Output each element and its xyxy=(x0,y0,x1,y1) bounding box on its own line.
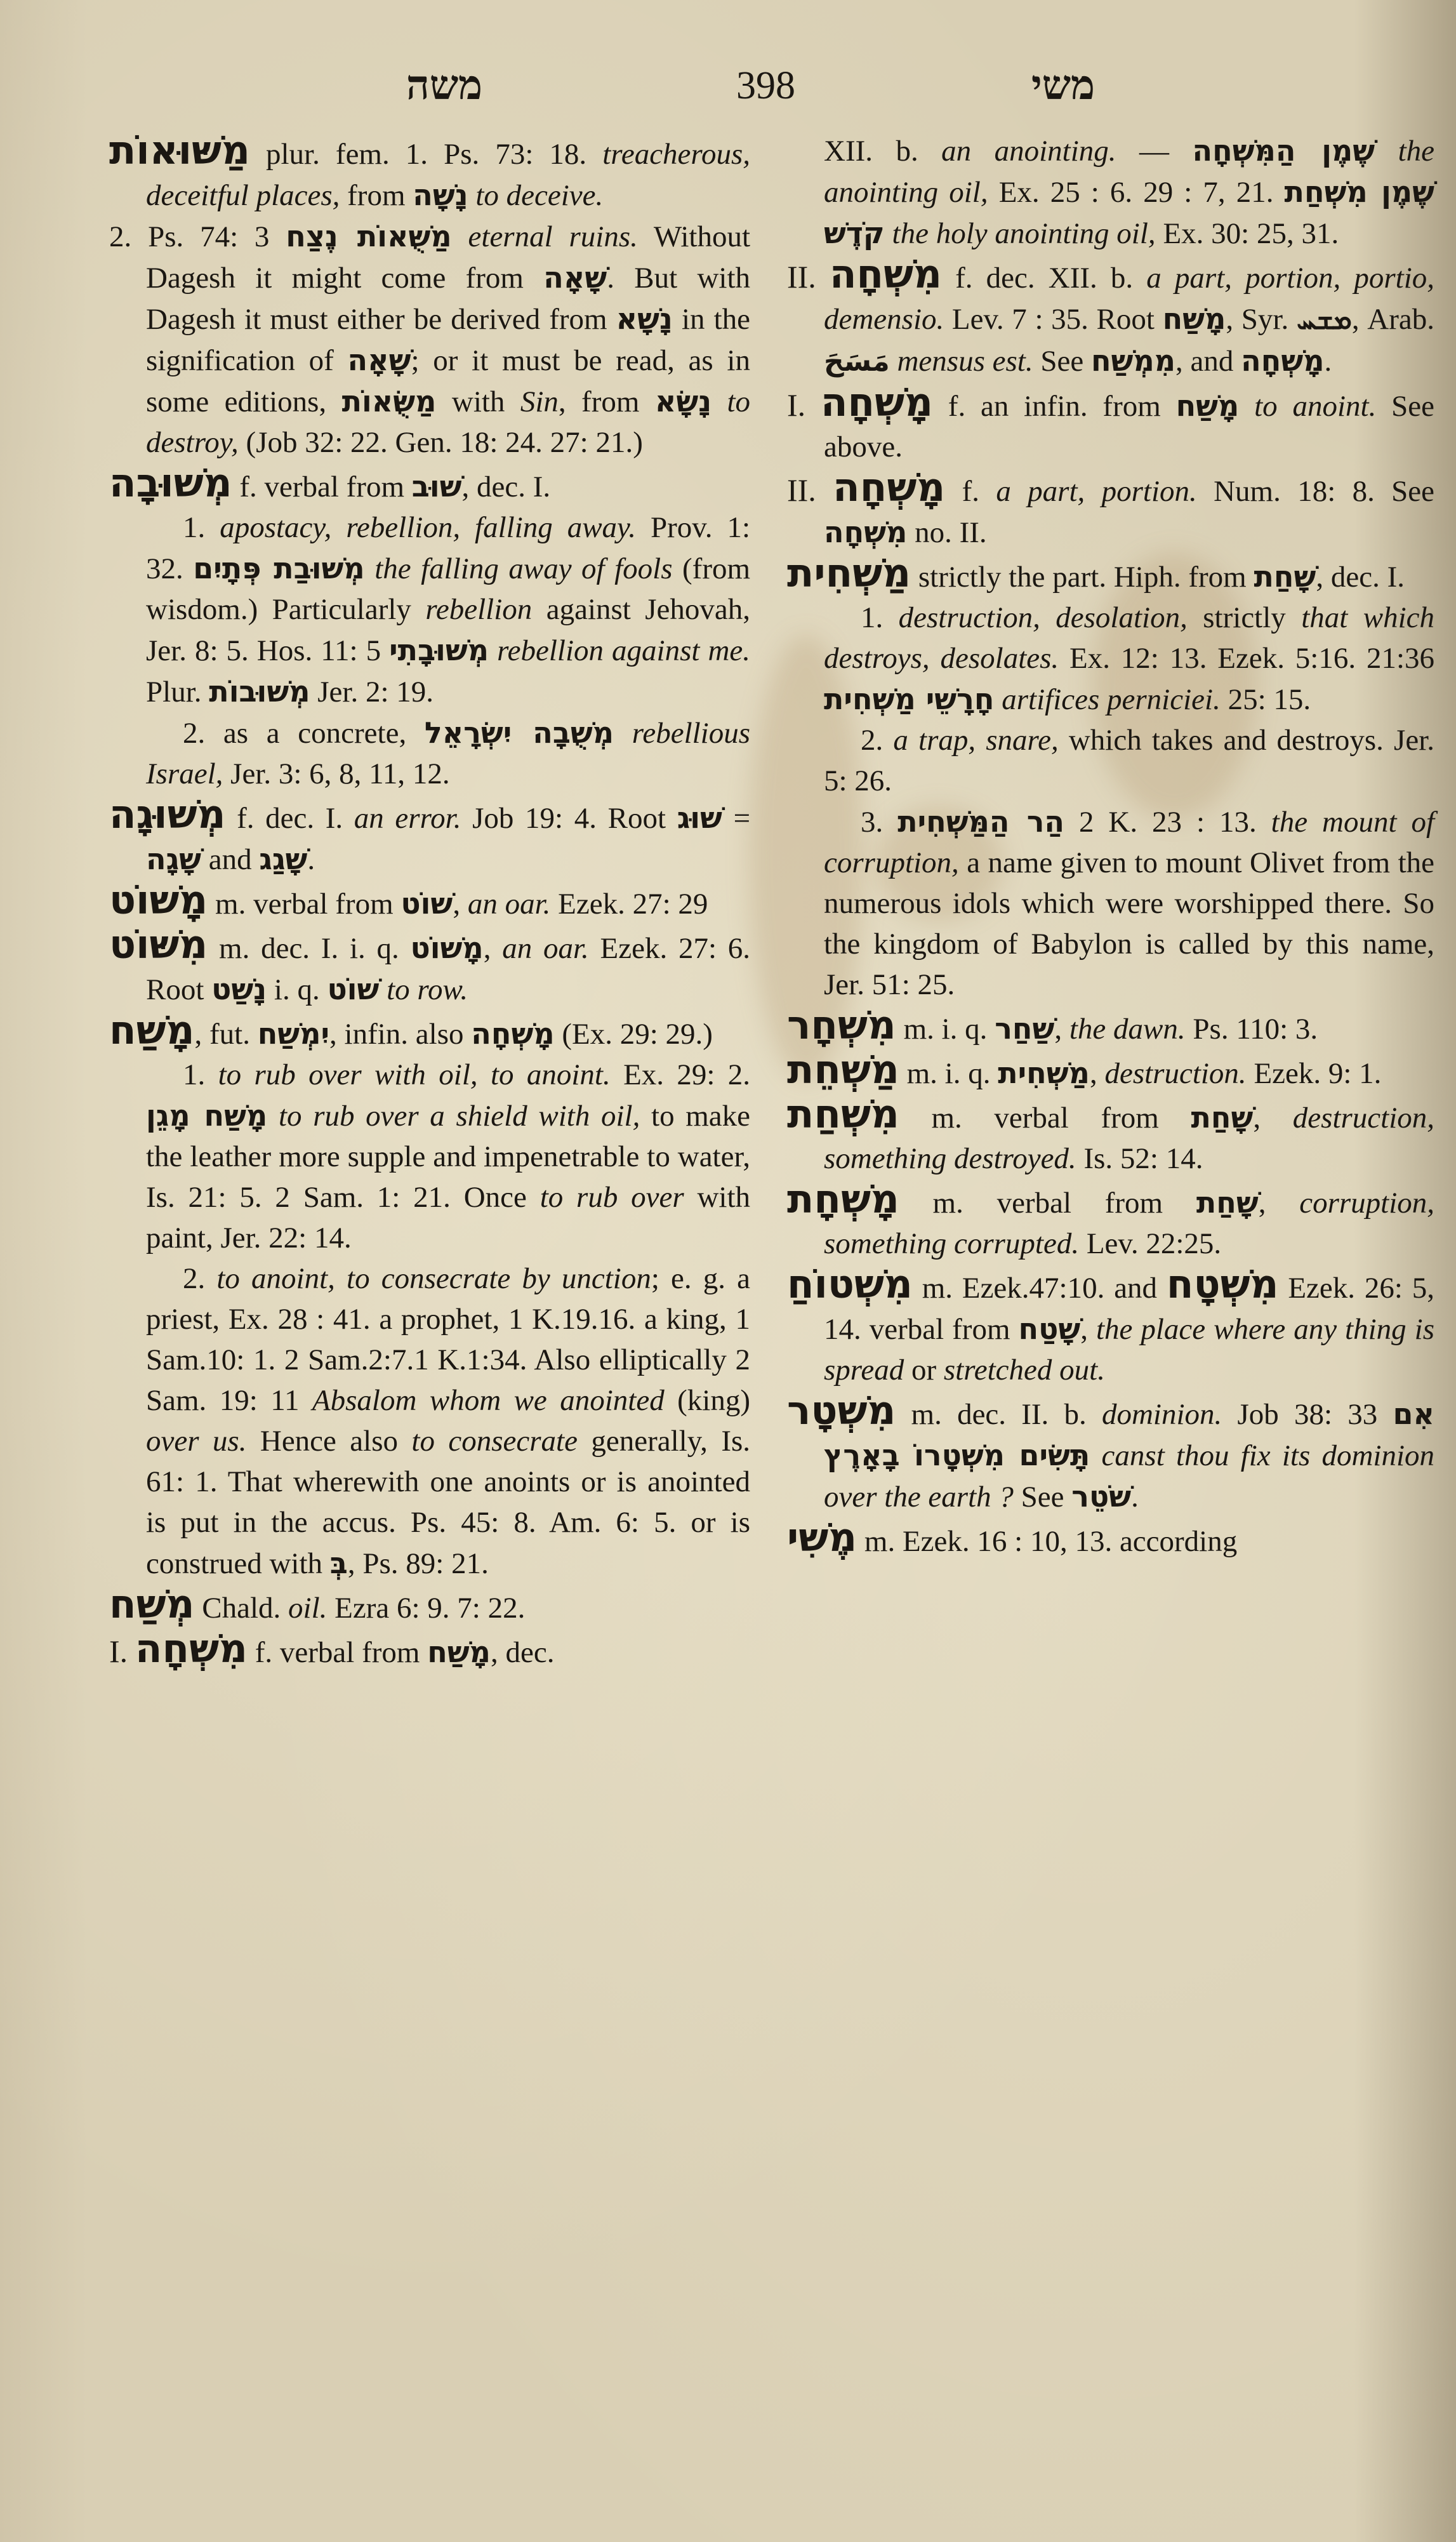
headword: מִשְׁחָר xyxy=(787,1002,896,1048)
headword: מִשְׁטוֹחַ xyxy=(787,1261,913,1307)
dictionary-entry: מְשַׁח Chald. oil. Ezra 6: 9. 7: 22. xyxy=(109,1584,750,1628)
headword: מֶשִׁי xyxy=(787,1514,857,1560)
dictionary-entry: מַשְׁחֵת m. i. q. מַשְׁחִית, destruction… xyxy=(787,1049,1434,1094)
headword: מְשׁוּגָה xyxy=(109,791,225,837)
dictionary-entry: I. מָשְׁחָה f. an infin. from מָשַׁח to … xyxy=(787,382,1434,467)
headword: מָשׁוֹט xyxy=(109,877,208,923)
headword: מִשְׁחָה xyxy=(830,251,942,297)
headword: מְשׁוּבָה xyxy=(109,460,232,506)
headword: מִשְׁטָר xyxy=(787,1387,896,1434)
dictionary-entry: II. מָשְׁחָה f. a part, portion. Num. 18… xyxy=(787,467,1434,553)
left-column: מַשּׁוּאוֹת plur. fem. 1. Ps. 73: 18. tr… xyxy=(109,130,750,1673)
dictionary-entry: מְשׁוּבָה f. verbal from שׁוּב, dec. I. xyxy=(109,463,750,507)
headword: מָשְׁחָה xyxy=(833,464,945,510)
sense-2: 2. Ps. 74: 3 מַשֻּׁאוֹת נֶצַח eternal ru… xyxy=(72,216,750,463)
headword: מְשַׁח xyxy=(109,1581,194,1627)
dictionary-entry: מַשּׁוּאוֹת plur. fem. 1. Ps. 73: 18. tr… xyxy=(109,130,750,216)
headword: מָשְׁחָה xyxy=(821,379,933,425)
sense-1: 1. apostacy, rebellion, falling away. Pr… xyxy=(109,507,750,712)
arabic-word: مَسَحَ xyxy=(824,345,890,378)
dictionary-entry: מִשְׁטָר m. dec. II. b. dominion. Job 38… xyxy=(787,1390,1434,1517)
running-head-right: משי xyxy=(1031,60,1095,111)
syriac-word: ܡܫܚ xyxy=(1297,303,1352,336)
dictionary-entry: מָשׁוֹט m. verbal from שׁוֹט, an oar. Ez… xyxy=(109,880,750,924)
dictionary-entry: מִשְׁטוֹחַ m. Ezek.47:10. and מִשְׁטָח E… xyxy=(787,1264,1434,1390)
headword: מִשּׁוֹט xyxy=(109,921,208,968)
headword: מַשְׁחֵת xyxy=(787,1046,899,1093)
headword: מִשְׁחַת xyxy=(787,1091,899,1137)
right-column: XII. b. an anointing. — שֶׁמֶן הַמִּשְׁח… xyxy=(787,130,1434,1562)
headword: מַשּׁוּאוֹת xyxy=(109,127,250,173)
running-head-left: משה xyxy=(406,60,482,111)
headword: מַשְׁחִית xyxy=(787,550,911,596)
sense-1: 1. destruction, desolation, strictly tha… xyxy=(787,597,1434,720)
dictionary-entry: מַשְׁחִית strictly the part. Hiph. from … xyxy=(787,553,1434,597)
sense-1: 1. to rub over with oil, to anoint. Ex. … xyxy=(109,1055,750,1258)
dictionary-entry: מִשּׁוֹט m. dec. I. i. q. מָשׁוֹט, an oa… xyxy=(109,924,750,1010)
homonym-number: II. xyxy=(787,259,816,295)
sense-2: 2. to anoint, to consecrate by unction; … xyxy=(109,1258,750,1584)
dictionary-entry: מֶשִׁי m. Ezek. 16 : 10, 13. according xyxy=(787,1517,1434,1562)
headword: מִשְׁחָה xyxy=(135,1625,248,1672)
hebrew-word: נָשָׁה xyxy=(413,178,468,212)
running-header: משה 398 משי xyxy=(0,60,1456,111)
dictionary-entry: מָשַׁח, fut. יִמְשַׁח, infin. also מָשְׁ… xyxy=(109,1010,750,1055)
homonym-number: I. xyxy=(787,387,805,423)
headword: מָשַׁח xyxy=(109,1007,194,1053)
sense-2: 2. a trap, snare, which takes and destro… xyxy=(787,720,1434,801)
page-number: 398 xyxy=(736,60,795,111)
dictionary-entry: מִשְׁחַת m. verbal from שָׁחַת, destruct… xyxy=(787,1094,1434,1179)
sense-2: 2. as a concrete, מְשֻׁבָה יִשְׂרָאֵל re… xyxy=(109,712,750,794)
homonym-number: II. xyxy=(787,472,816,508)
headword: מָשְׁחָת xyxy=(787,1176,899,1222)
dictionary-entry: II. מִשְׁחָה f. dec. XII. b. a part, por… xyxy=(787,254,1434,382)
dictionary-entry: מִשְׁחָר m. i. q. שַׁחַר, the dawn. Ps. … xyxy=(787,1005,1434,1049)
entry-continuation: XII. b. an anointing. — שֶׁמֶן הַמִּשְׁח… xyxy=(787,130,1434,254)
dictionary-entry: מְשׁוּגָה f. dec. I. an error. Job 19: 4… xyxy=(109,794,750,880)
dictionary-entry: מָשְׁחָת m. verbal from שָׁחַת, corrupti… xyxy=(787,1179,1434,1264)
sense-3: 3. הַר הַמַּשְׁחִית 2 K. 23 : 13. the mo… xyxy=(787,801,1434,1005)
homonym-number: I. xyxy=(109,1634,128,1669)
dictionary-entry: I. מִשְׁחָה f. verbal from מָשַׁח, dec. xyxy=(109,1628,750,1673)
